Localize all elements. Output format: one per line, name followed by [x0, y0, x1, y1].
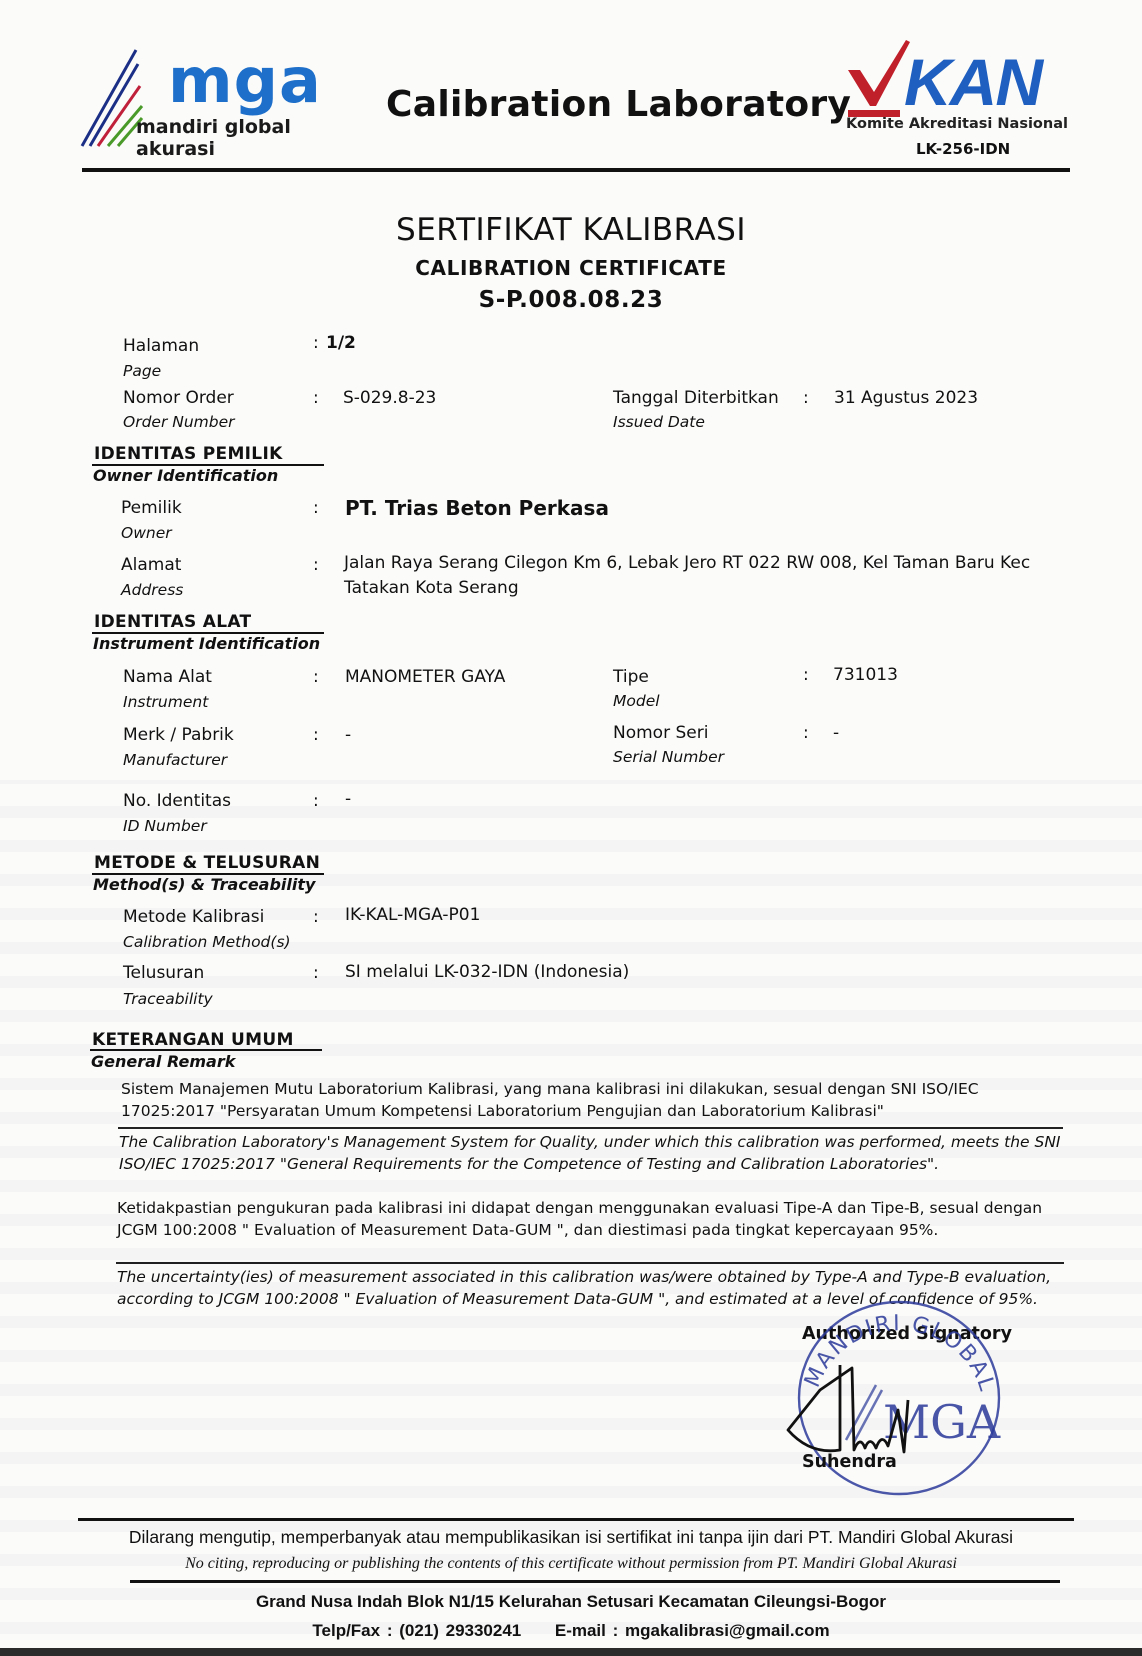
address-colon: : — [313, 555, 319, 575]
method-section-heading-en: Method(s) & Traceability — [93, 875, 315, 894]
owner-value: PT. Trias Beton Perkasa — [345, 496, 609, 520]
page-value: 1/2 — [326, 333, 356, 353]
model-label: Tipe — [613, 667, 649, 687]
model-colon: : — [803, 665, 809, 685]
company-contact: Telp/Fax : (021) 29330241 E-mail : mgaka… — [0, 1621, 1142, 1641]
signatory-name: Suhendra — [802, 1452, 897, 1472]
instrument-name-colon: : — [313, 667, 319, 687]
traceability-value: SI melalui LK-032-IDN (Indonesia) — [345, 962, 629, 982]
serial-label: Nomor Seri — [613, 723, 708, 743]
serial-colon: : — [803, 723, 809, 743]
instrument-section-heading-en: Instrument Identification — [93, 634, 320, 653]
page-colon: : — [313, 333, 319, 353]
scan-bottom-edge — [0, 1648, 1142, 1656]
serial-value: - — [833, 723, 839, 743]
copyright-notice-id: Dilarang mengutip, memperbanyak atau mem… — [0, 1527, 1142, 1548]
serial-label-en: Serial Number — [613, 748, 724, 766]
id-number-label: No. Identitas — [123, 791, 231, 811]
calibration-method-value: IK-KAL-MGA-P01 — [345, 905, 480, 925]
kan-logo-tagline: Komite Akreditasi Nasional — [846, 116, 1068, 132]
remark-divider-1 — [118, 1127, 1063, 1129]
model-value: 731013 — [833, 665, 898, 685]
calibration-method-label: Metode Kalibrasi — [123, 907, 264, 927]
issued-value: 31 Agustus 2023 — [834, 388, 978, 408]
mga-logo-tagline: mandiri global akurasi — [136, 116, 370, 160]
accreditation-id: LK-256-IDN — [916, 140, 1010, 158]
manufacturer-colon: : — [313, 725, 319, 745]
owner-label-en: Owner — [121, 524, 172, 542]
remark-quality-en: The Calibration Laboratory's Management … — [119, 1131, 1079, 1175]
order-colon: : — [313, 388, 319, 408]
instrument-name-label: Nama Alat — [123, 667, 212, 687]
kan-checkmark-icon — [846, 38, 912, 118]
instrument-section-heading: IDENTITAS ALAT — [94, 612, 251, 632]
address-line-2: Tatakan Kota Serang — [344, 578, 519, 598]
order-label: Nomor Order — [123, 388, 234, 408]
remark-uncertainty-id: Ketidakpastian pengukuran pada kalibrasi… — [117, 1197, 1062, 1241]
page-label-en: Page — [123, 362, 161, 380]
header-divider — [82, 168, 1070, 172]
id-number-label-en: ID Number — [123, 817, 207, 835]
manufacturer-label-en: Manufacturer — [123, 751, 227, 769]
remarks-section-heading: KETERANGAN UMUM — [92, 1030, 294, 1050]
mga-stripes-icon — [80, 46, 144, 150]
traceability-colon: : — [313, 963, 319, 983]
address-label: Alamat — [121, 555, 181, 575]
calibration-method-label-en: Calibration Method(s) — [123, 933, 291, 951]
instrument-name-label-en: Instrument — [123, 693, 208, 711]
remarks-section-heading-en: General Remark — [91, 1052, 235, 1071]
issued-label-en: Issued Date — [613, 413, 705, 431]
certificate-number: S-P.008.08.23 — [0, 287, 1142, 313]
page-label: Halaman — [123, 336, 199, 356]
owner-section-heading: IDENTITAS PEMILIK — [94, 444, 283, 464]
id-number-value: - — [345, 789, 351, 809]
address-line-1: Jalan Raya Serang Cilegon Km 6, Lebak Je… — [344, 553, 1030, 573]
issued-colon: : — [803, 388, 809, 408]
kan-logo-word: KAN — [904, 44, 1041, 120]
owner-section-heading-en: Owner Identification — [93, 466, 278, 485]
model-label-en: Model — [613, 692, 660, 710]
address-label-en: Address — [121, 581, 183, 599]
lab-title: Calibration Laboratory — [386, 84, 851, 125]
company-address: Grand Nusa Indah Blok N1/15 Kelurahan Se… — [0, 1592, 1142, 1612]
instrument-name-value: MANOMETER GAYA — [345, 667, 505, 687]
method-section-heading: METODE & TELUSURAN — [94, 853, 320, 873]
order-value: S-029.8-23 — [343, 388, 436, 408]
certificate-title: SERTIFIKAT KALIBRASI — [0, 212, 1142, 248]
traceability-label-en: Traceability — [123, 990, 213, 1008]
footer-divider — [78, 1518, 1074, 1521]
remark-quality-id: Sistem Manajemen Mutu Laboratorium Kalib… — [121, 1078, 1051, 1122]
certificate-subtitle: CALIBRATION CERTIFICATE — [0, 256, 1142, 280]
footer-divider-2 — [130, 1580, 1060, 1583]
remark-divider-2 — [116, 1262, 1064, 1264]
mga-logo: mga mandiri global akurasi — [80, 40, 370, 150]
owner-label: Pemilik — [121, 498, 182, 518]
traceability-label: Telusuran — [123, 963, 204, 983]
owner-colon: : — [313, 498, 319, 518]
manufacturer-label: Merk / Pabrik — [123, 725, 234, 745]
copyright-notice-en: No citing, reproducing or publishing the… — [0, 1555, 1142, 1573]
issued-label: Tanggal Diterbitkan — [613, 388, 779, 408]
kan-logo: KAN Komite Akreditasi Nasional LK-256-ID… — [846, 38, 1076, 162]
manufacturer-value: - — [345, 725, 351, 745]
mga-logo-word: mga — [168, 44, 322, 117]
id-number-colon: : — [313, 791, 319, 811]
calibration-method-colon: : — [313, 907, 319, 927]
order-label-en: Order Number — [123, 413, 235, 431]
remarks-heading-rule — [90, 1049, 322, 1051]
